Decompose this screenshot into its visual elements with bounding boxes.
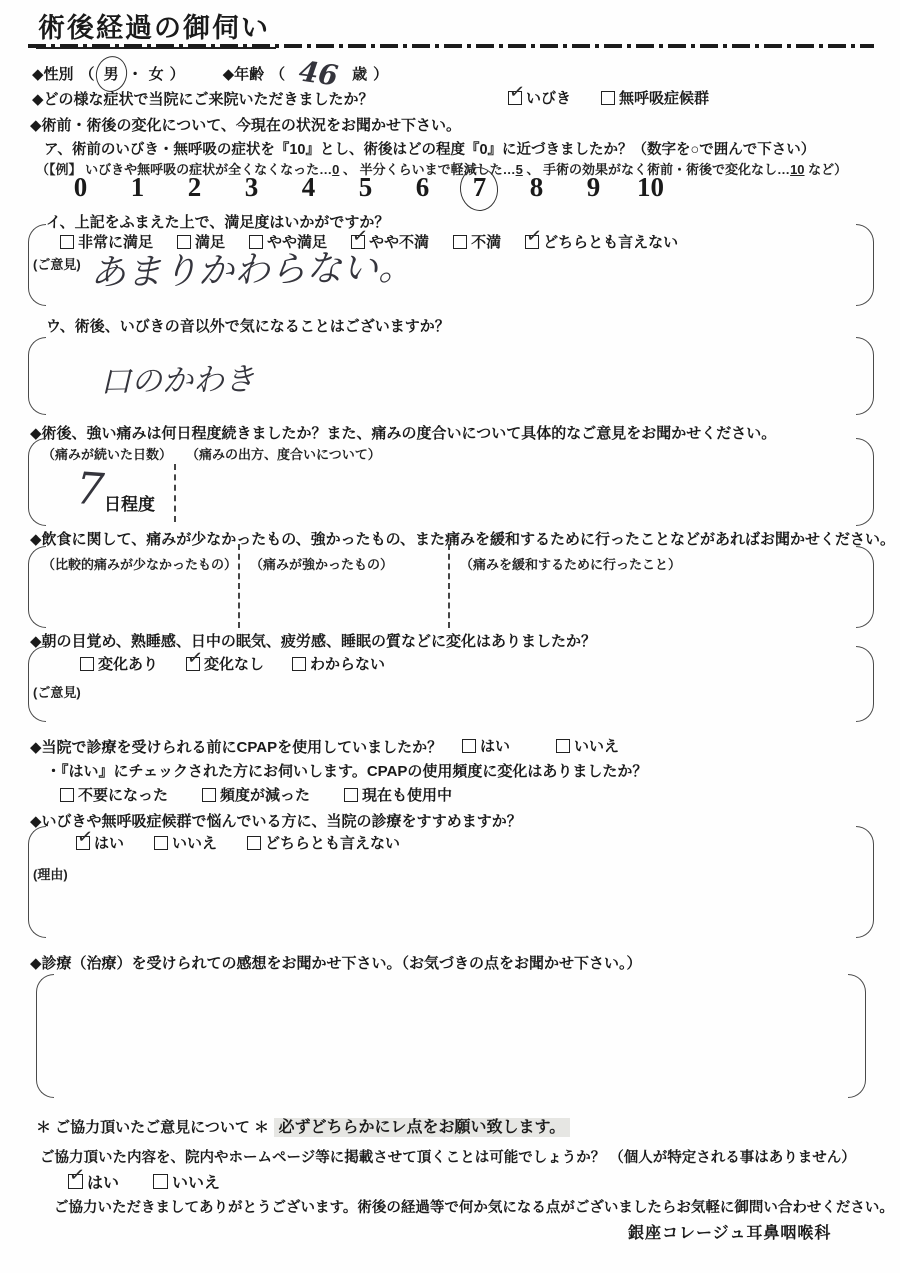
- scale-6: 6: [394, 172, 451, 203]
- scale-5: 5: [337, 172, 394, 203]
- checkbox-option-mukokyu: 無呼吸症候群: [601, 87, 709, 108]
- bracket-right: [856, 224, 874, 306]
- checkbox: [68, 1174, 83, 1189]
- gender-label: ◆性別: [32, 63, 74, 84]
- clinic-name: 銀座コレージュ耳鼻咽喉科: [628, 1220, 831, 1243]
- symptom-question: ◆どの様な症状で当院にご来院いただきましたか？: [32, 88, 374, 109]
- paren: （: [80, 63, 95, 84]
- scale-9: 9: [565, 172, 622, 203]
- pain-response-box: （痛みが続いた日数） （痛みの出方、度合いについて） 7 日程度: [28, 438, 874, 526]
- scanned-survey-form: 術後経過の御伺い ◆性別 （ 男 ・ 女 ） ◆年齢 （ 46 歳 ） ◆どの様…: [0, 0, 900, 1273]
- bracket-right: [856, 826, 874, 938]
- eating-col1-label: （比較的痛みが少なかったもの）: [42, 554, 237, 573]
- sleep-options: 変化あり 変化なし わからない: [80, 653, 385, 674]
- sleep-response-box: 変化あり 変化なし わからない (ご意見): [28, 646, 874, 722]
- checkbox-label: 頻度が減った: [220, 784, 310, 805]
- checkbox: [525, 235, 539, 249]
- checkbox: [601, 91, 615, 105]
- change-sub-a: ア、術前のいびき・無呼吸の症状を『10』とし、術後はどの程度『0』に近づきました…: [44, 138, 815, 159]
- other-concern-handwritten: 口のかわき: [100, 354, 256, 402]
- column-divider: [238, 544, 240, 628]
- scale-10: 10: [622, 172, 679, 203]
- checkbox: [60, 235, 74, 249]
- checkbox-label: いいえ: [172, 832, 217, 853]
- bracket-left: [36, 974, 54, 1098]
- checkbox-label: いびき: [526, 87, 571, 108]
- checkbox-label: いいえ: [574, 735, 619, 756]
- paren: （: [270, 63, 285, 84]
- checkbox-label: 不満: [471, 231, 501, 252]
- rating-scale: 0 1 2 3 4 5 6 7 8 9 10: [52, 172, 682, 203]
- change-heading: ◆術前・術後の変化について、今現在の状況をお聞かせ下さい。: [30, 114, 461, 135]
- dash-dot-divider: [28, 44, 874, 48]
- comment-label: (ご意見): [33, 254, 81, 273]
- paren: ）: [170, 63, 185, 84]
- symptom-options: いびき 無呼吸症候群: [508, 87, 709, 108]
- gender-age-row: ◆性別 （ 男 ・ 女 ） ◆年齢 （ 46 歳 ）: [32, 57, 388, 90]
- pain-days-handwritten: 7: [74, 463, 105, 516]
- checkbox-label: 変化あり: [98, 653, 158, 674]
- checkbox-label: 無呼吸症候群: [619, 87, 709, 108]
- checkbox-label: いいえ: [172, 1170, 220, 1193]
- checkbox: [556, 739, 570, 753]
- bracket-right: [856, 546, 874, 628]
- eating-col2-label: （痛みが強かったもの）: [250, 554, 393, 573]
- cpap-q1-options: はい いいえ: [462, 735, 619, 756]
- cpap-q2-options: 不要になった 頻度が減った 現在も使用中: [60, 784, 452, 805]
- eating-col3-label: （痛みを緩和するために行ったこと）: [460, 554, 681, 573]
- checkbox-label: どちらとも言えない: [543, 231, 678, 252]
- eating-response-box: （比較的痛みが少なかったもの） （痛みが強かったもの） （痛みを緩和するために行…: [28, 546, 874, 628]
- cpap-question-2: ・『はい』にチェックされた方にお伺いします。CPAPの使用頻度に変化はありました…: [46, 760, 647, 781]
- separator-dot: ・: [128, 63, 143, 84]
- pain-detail-label: （痛みの出方、度合いについて）: [186, 444, 381, 463]
- checkbox: [202, 788, 216, 802]
- other-concern-heading: ウ、術後、いびきの音以外で気になることはございますか？: [46, 315, 450, 336]
- gender-female: 女: [149, 63, 164, 84]
- thanks-line: ご協力いただきましてありがとうございます。術後の経過等で何か気になる点がございま…: [54, 1196, 894, 1217]
- checkbox: [80, 657, 94, 671]
- scale-7-circled: 7: [451, 172, 508, 203]
- column-divider: [174, 464, 176, 522]
- footer-note: ＊ ご協力頂いたご意見について ＊ 必ずどちらかにレ点をお願い致します。: [36, 1114, 570, 1137]
- bracket-left: [28, 337, 46, 415]
- age-label: ◆年齢: [223, 63, 265, 84]
- checkbox: [453, 235, 467, 249]
- footer-note-highlight: 必ずどちらかにレ点をお願い致します。: [274, 1118, 571, 1137]
- age-handwritten-value: 46: [297, 54, 340, 92]
- checkbox: [153, 1174, 168, 1189]
- pain-days-unit: 日程度: [104, 490, 155, 515]
- checkbox-label: 不要になった: [78, 784, 168, 805]
- checkbox-label: どちらとも言えない: [265, 832, 400, 853]
- recommend-options: はい いいえ どちらとも言えない: [76, 832, 400, 853]
- checkbox-label: 変化なし: [204, 653, 264, 674]
- checkbox: [344, 788, 358, 802]
- checkbox: [154, 836, 168, 850]
- bracket-right: [856, 337, 874, 415]
- cpap-question-1: ◆当院で診療を受けられる前にCPAPを使用していましたか？: [30, 736, 442, 757]
- satisfaction-handwritten-comment: あまりかわらない。: [90, 239, 415, 296]
- checkbox: [186, 657, 200, 671]
- checkbox-label: 現在も使用中: [362, 784, 452, 805]
- checkbox: [508, 91, 522, 105]
- scale-3: 3: [223, 172, 280, 203]
- checkbox-option-ibiki: いびき: [508, 87, 571, 108]
- checkbox: [60, 788, 74, 802]
- checkbox-label: わからない: [310, 653, 385, 674]
- gender-male-circled: 男: [101, 63, 122, 84]
- bracket-right: [848, 974, 866, 1098]
- age-unit: 歳: [352, 63, 367, 84]
- impression-response-box: [36, 974, 866, 1098]
- paren: ）: [373, 63, 388, 84]
- checkbox-label: はい: [87, 1170, 119, 1193]
- impression-heading: ◆診療（治療）を受けられての感想をお聞かせ下さい。（お気づきの点をお聞かせ下さい…: [30, 952, 642, 973]
- other-concern-response-box: 口のかわき: [28, 337, 874, 415]
- column-divider: [448, 544, 450, 628]
- comment-label: (ご意見): [33, 682, 81, 701]
- reason-label: (理由): [33, 864, 68, 883]
- pain-days-label: （痛みが続いた日数）: [42, 444, 172, 463]
- scale-0: 0: [52, 172, 109, 203]
- satisfaction-response-box: 非常に満足 満足 やや満足 やや不満 不満 どちらとも言えない (ご意見) あま…: [28, 224, 874, 306]
- scale-8: 8: [508, 172, 565, 203]
- bracket-right: [856, 438, 874, 526]
- checkbox-label: はい: [480, 735, 510, 756]
- checkbox: [247, 836, 261, 850]
- checkbox-label: はい: [94, 832, 124, 853]
- checkbox: [76, 836, 90, 850]
- checkbox: [292, 657, 306, 671]
- publish-question: ご協力頂いた内容を、院内やホームページ等に掲載させて頂くことは可能でしょうか？ …: [40, 1146, 856, 1167]
- recommend-response-box: はい いいえ どちらとも言えない (理由): [28, 826, 874, 938]
- scale-4: 4: [280, 172, 337, 203]
- checkbox: [462, 739, 476, 753]
- scale-2: 2: [166, 172, 223, 203]
- footer-note-prefix: ＊ ご協力頂いたご意見について ＊: [36, 1119, 269, 1136]
- publish-options: はい いいえ: [68, 1170, 220, 1193]
- scale-1: 1: [109, 172, 166, 203]
- bracket-right: [856, 646, 874, 722]
